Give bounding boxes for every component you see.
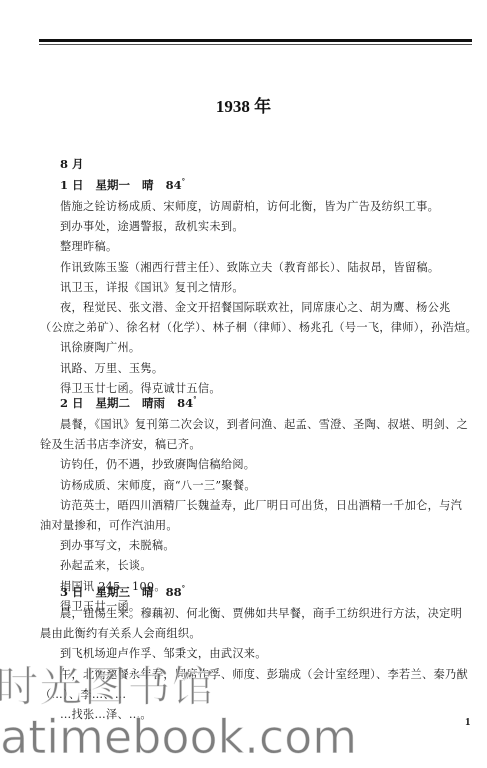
entry-line: 讯徐赓陶广州。 <box>60 339 140 355</box>
entry-day: 1 日 <box>60 178 96 192</box>
entry-line: 偕施之铨访杨成质、宋师度，访周蔚柏，访何北衡，皆为广告及纺织工事。 <box>60 198 439 214</box>
entry-weekday: 星期一 <box>96 178 143 192</box>
year-title: 1938 年 <box>0 92 487 117</box>
entry-line: 访钧任，仍不遇，抄致赓陶信稿给阅。 <box>60 456 255 472</box>
entry-line: 到办事处，途遇警报，敌机实未到。 <box>60 218 244 234</box>
entry-line: 得卫玉廿七函。得克诚廿五信。 <box>60 380 221 396</box>
entry-line: 访杨成质、宋师度，商“八一三”聚餐。 <box>60 477 256 493</box>
entry-day: 2 日 <box>60 396 96 410</box>
entry-temperature: 84° <box>177 396 197 410</box>
entry-weekday: 星期三 <box>96 585 143 599</box>
entry-line: 夜，程觉民、张文潜、金文开招餐国际联欢社，同席康心之、胡为鹰、杨公兆 <box>60 299 451 315</box>
entry-header: 3 日 星期三 晴 88° <box>60 584 185 600</box>
entry-line: 铨及生活书店李济安，稿已齐。 <box>40 436 201 452</box>
month-heading: 8 月 <box>60 156 84 172</box>
entry-line: 晨，钮惕生来。穆藕初、何北衡、贾佛如共早餐，商手工纺织进行方法，决定明 <box>60 605 462 621</box>
entry-line: 讯卫玉，详报《国讯》复刊之情形。 <box>60 279 244 295</box>
entry-temperature: 88° <box>166 585 186 599</box>
entry-weather: 晴雨 <box>142 396 177 410</box>
entry-line: 整理昨稿。 <box>60 238 117 254</box>
entry-line: 讯路、万里、玉隽。 <box>60 360 163 376</box>
entry-weather: 晴 <box>142 178 166 192</box>
top-rule-thick <box>39 39 472 42</box>
entry-header: 2 日 星期二 晴雨 84° <box>60 395 197 411</box>
watermark-en: atimebook.com <box>0 710 357 764</box>
entry-weather: 晴 <box>142 585 166 599</box>
entry-line: 到办事写文，未脱稿。 <box>60 537 175 553</box>
entry-line: （公庶之弟矿）、徐名材（化学）、林子桐（律师）、杨兆孔（号一飞，律师），孙浩煊。 <box>40 319 477 335</box>
entry-weekday: 星期二 <box>96 396 143 410</box>
entry-line: 晨餐，《国讯》复刊第二次会议，到者问渔、起孟、雪澄、圣陶、叔堪、明剑、之 <box>60 416 468 432</box>
watermark-cn: 时光图书馆 <box>0 654 216 714</box>
entry-line: 访范英士，晤四川酒精厂长魏益寿，此厂明日可出货，日出酒精一千加仑，与汽 <box>60 497 462 513</box>
entry-line: 晨由此衡约有关系人会商组织。 <box>40 625 201 641</box>
page-number: 1 <box>465 716 471 728</box>
top-rule-thin <box>39 44 472 45</box>
entry-header: 1 日 星期一 晴 84° <box>60 177 185 193</box>
entry-day: 3 日 <box>60 585 96 599</box>
entry-line: 孙起孟来，长谈。 <box>60 557 152 573</box>
entry-line: 作讯致陈玉鉴（湘西行营主任）、致陈立夫（教育部长）、陆叔昂，皆留稿。 <box>60 259 439 275</box>
entry-line: 油对量掺和，可作汽油用。 <box>40 517 178 533</box>
entry-temperature: 84° <box>166 178 186 192</box>
